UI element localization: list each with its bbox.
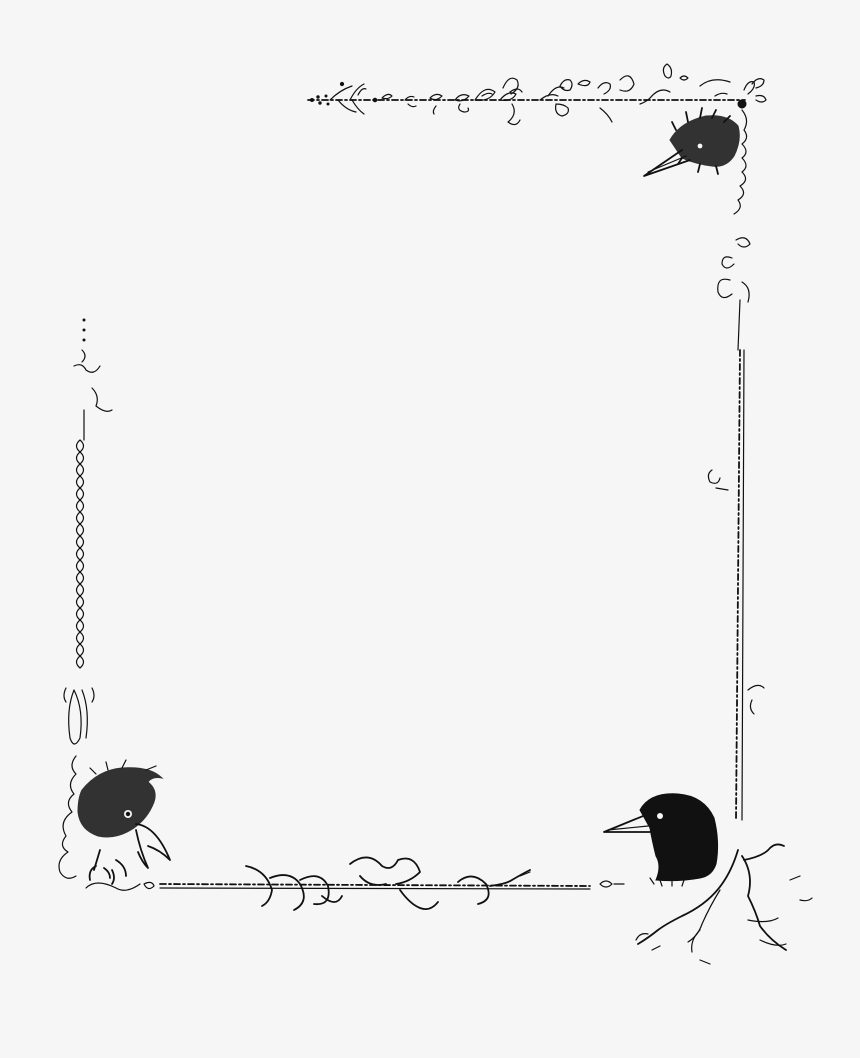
decorative-crow-frame — [0, 0, 860, 1058]
bottom-ribbon-border — [86, 857, 624, 910]
crow-head-top-right — [644, 108, 739, 176]
crow-head-bottom-left — [78, 760, 170, 884]
top-vine-border — [308, 64, 766, 125]
crow-head-bottom-right — [604, 794, 718, 886]
right-vine-border — [708, 110, 764, 820]
